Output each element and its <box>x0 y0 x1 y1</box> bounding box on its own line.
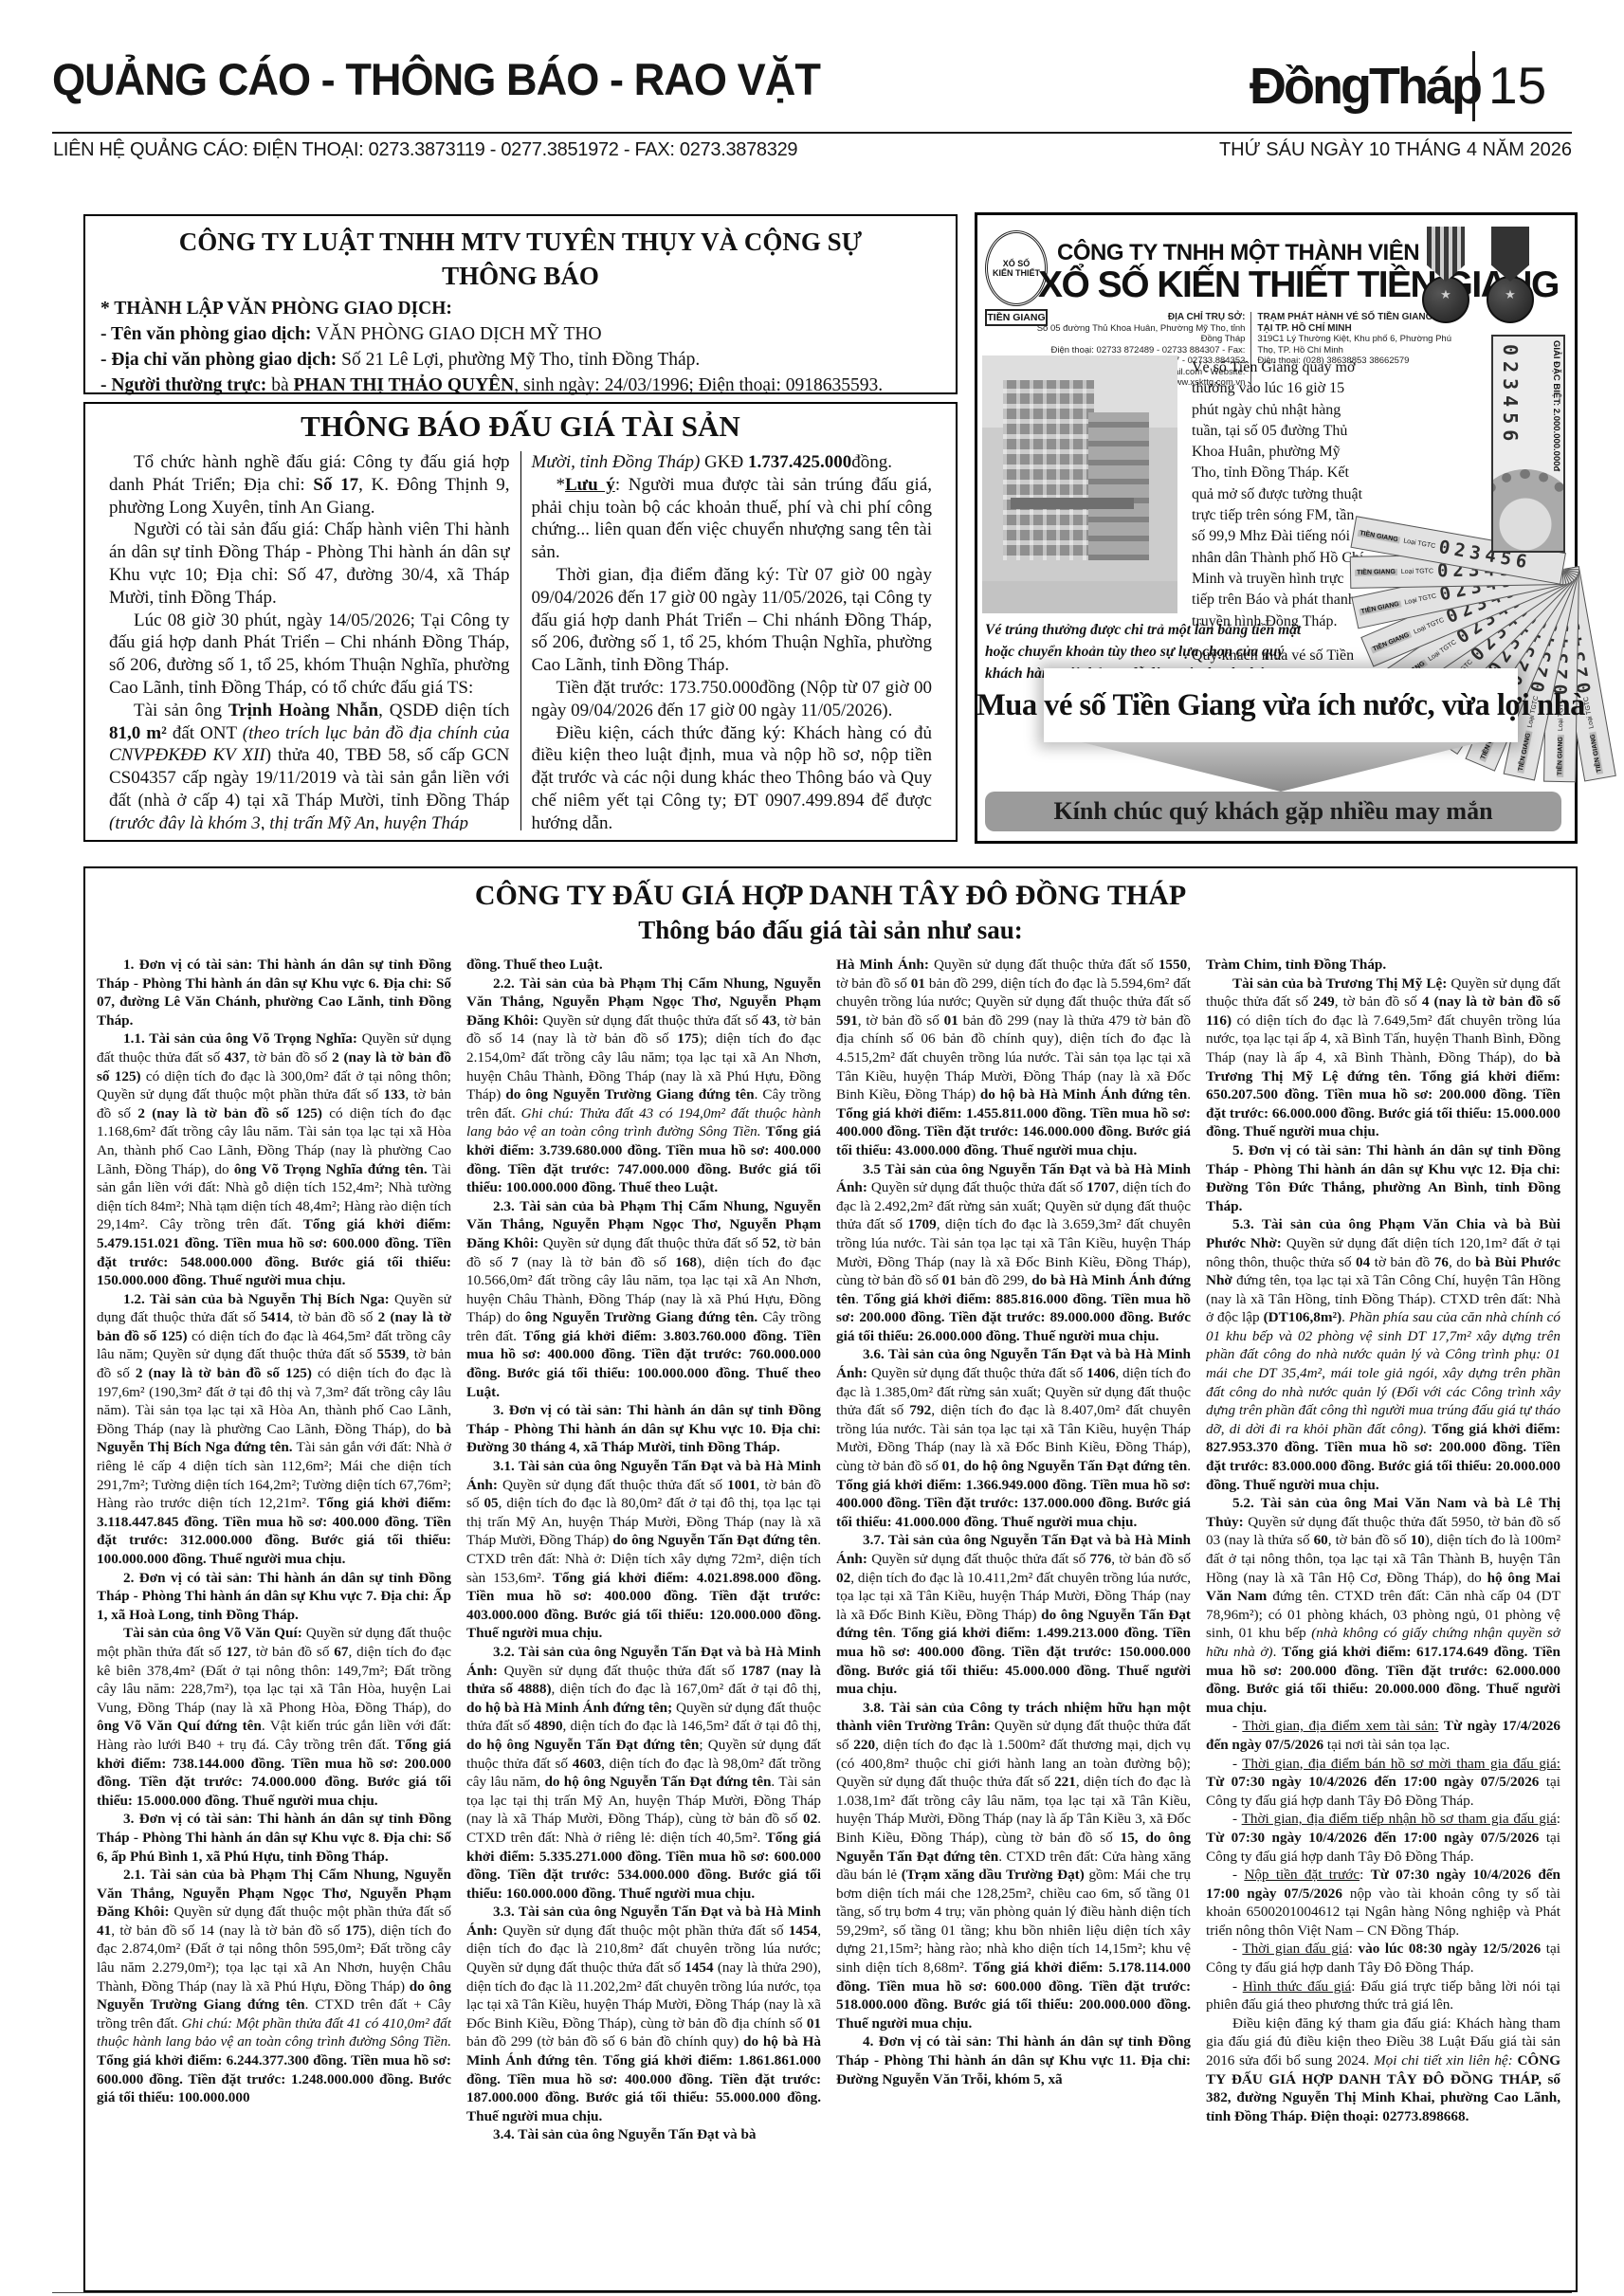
listing-column-4: Tràm Chim, tỉnh Đồng Tháp.Tài sản của bà… <box>1206 956 1560 2279</box>
ticket-seal-icon <box>1491 469 1565 553</box>
page-bottom-rule <box>52 2292 1572 2293</box>
law-notice-body: * THÀNH LẬP VĂN PHÒNG GIAO DỊCH:- Tên vă… <box>100 298 940 400</box>
issue-date: THỨ SÁU NGÀY 10 THÁNG 4 NĂM 2026 <box>1219 139 1572 161</box>
auction-section-subtitle: Thông báo đấu giá tài sản như sau: <box>85 916 1576 945</box>
wish-bar: Kính chúc quý khách gặp nhiều may mắn <box>985 792 1561 831</box>
medal-icon: ★ <box>1419 227 1472 338</box>
auction-listing-columns: 1. Đơn vị có tài sản: Thi hành án dân sự… <box>97 956 1560 2279</box>
company-building-photo <box>982 355 1177 613</box>
listing-column-3: Hà Minh Ánh: Quyền sử dụng đất thuộc thử… <box>836 956 1191 2279</box>
page-section-title: QUẢNG CÁO - THÔNG BÁO - RAO VẶT <box>52 53 820 105</box>
lottery-ticket-large: 023456 GIẢI ĐẶC BIỆT: 2.000.000.000đ 10.… <box>1491 335 1565 553</box>
auction-notice-column-1: Tổ chức hành nghề đấu giá: Công ty đấu g… <box>99 451 520 830</box>
newspaper-page: QUẢNG CÁO - THÔNG BÁO - RAO VẶT ĐồngTháp… <box>0 0 1624 2296</box>
tay-do-auction-section: CÔNG TY ĐẤU GIÁ HỢP DANH TÂY ĐÔ ĐỒNG THÁ… <box>83 866 1578 2292</box>
auction-company-title: CÔNG TY ĐẤU GIÁ HỢP DANH TÂY ĐÔ ĐỒNG THÁ… <box>85 880 1576 912</box>
advertising-contact-line: LIÊN HỆ QUẢNG CÁO: ĐIỆN THOẠI: 0273.3873… <box>53 139 797 161</box>
lottery-company-line1: CÔNG TY TNHH MỘT THÀNH VIÊN <box>1057 240 1341 266</box>
lottery-company-ad: XỔ SỐ KIẾN THIẾT TIỀN GIANG CÔNG TY TNHH… <box>975 212 1578 844</box>
medal-icon: ★ <box>1484 227 1537 338</box>
masthead-logo: ĐồngTháp <box>1250 57 1480 116</box>
lottery-company-line2: XỔ SỐ KIẾN THIẾT TIỀN GIANG <box>1038 264 1365 306</box>
law-notice-subtitle: THÔNG BÁO <box>85 262 956 291</box>
header-divider <box>1472 51 1475 121</box>
page-number: 15 <box>1488 55 1546 116</box>
auction-notice-columns: Tổ chức hành nghề đấu giá: Công ty đấu g… <box>99 451 942 830</box>
listing-column-2: đồng. Thuế theo Luật.2.2. Tài sản của bà… <box>466 956 821 2279</box>
auction-notice-column-2: Mười, tỉnh Đồng Tháp) GKĐ 1.737.425.000đ… <box>520 451 943 830</box>
header-rule <box>52 132 1572 134</box>
listing-column-1: 1. Đơn vị có tài sản: Thi hành án dân sự… <box>97 956 451 2279</box>
auction-notice-title: THÔNG BÁO ĐẤU GIÁ TÀI SẢN <box>85 410 956 444</box>
slogan-banner: Mua vé số Tiền Giang vừa ích nước, vừa l… <box>1044 668 1518 742</box>
law-firm-notice-box: CÔNG TY LUẬT TNHH MTV TUYÊN THỤY VÀ CỘNG… <box>83 214 958 394</box>
asset-auction-notice-box: THÔNG BÁO ĐẤU GIÁ TÀI SẢN Tổ chức hành n… <box>83 402 958 842</box>
law-notice-title: CÔNG TY LUẬT TNHH MTV TUYÊN THỤY VÀ CỘNG… <box>85 228 956 257</box>
